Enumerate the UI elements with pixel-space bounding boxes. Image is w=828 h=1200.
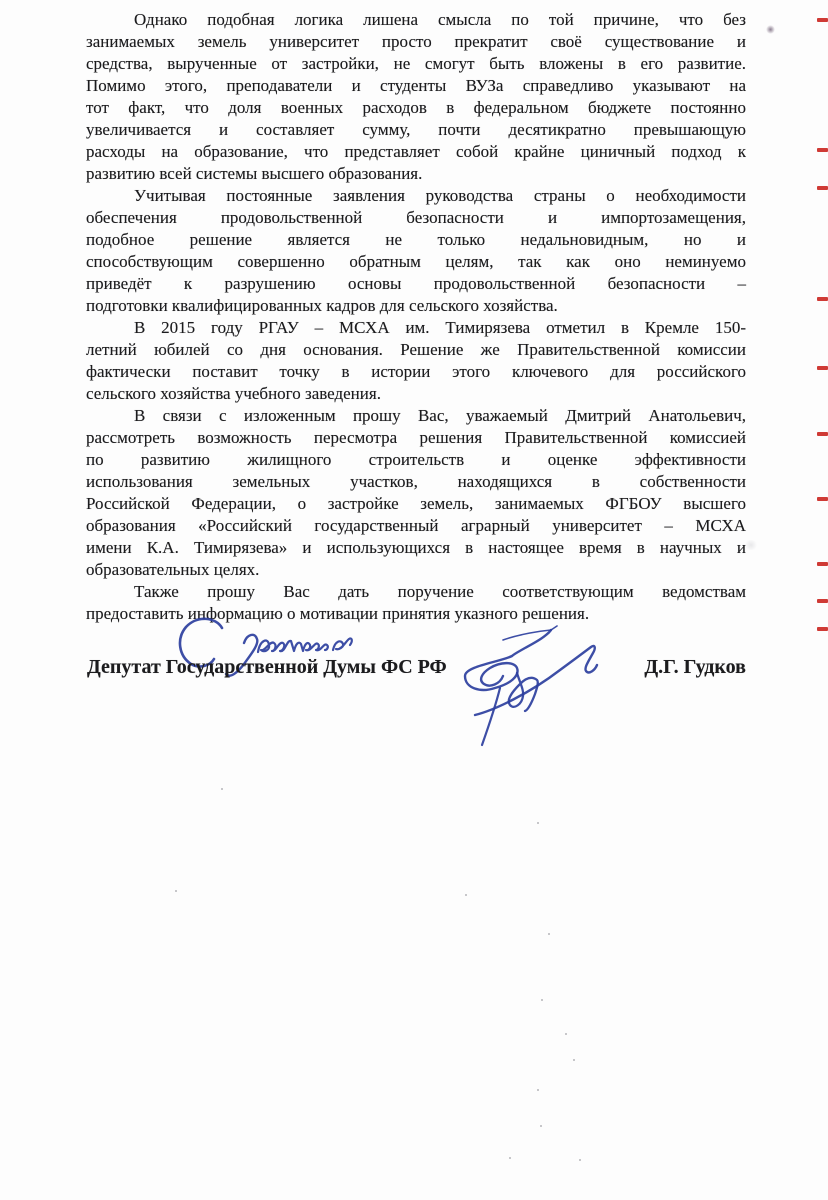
signoff-title: Депутат Государственной Думы ФС РФ [87, 655, 447, 679]
red-edge-mark [817, 497, 828, 501]
text-line: образования «Российский государственный … [86, 515, 746, 537]
text-line: предоставить информацию о мотивации прин… [86, 603, 746, 625]
text-line: фактически поставит точку в истории этог… [86, 361, 746, 383]
scan-speck [221, 788, 223, 790]
red-edge-mark [817, 366, 828, 370]
scan-speck [537, 1089, 539, 1091]
text-line: летний юбилей со дня основания. Решение … [86, 339, 746, 361]
red-edge-mark [817, 599, 828, 603]
text-line: использования земельных участков, находя… [86, 471, 746, 493]
text-line: способствующим совершенно обратным целям… [86, 251, 746, 273]
text-line: приведёт к разрушению основы продовольст… [86, 273, 746, 295]
red-edge-mark [817, 562, 828, 566]
page: Однако подобная логика лишена смысла по … [0, 0, 828, 1200]
text-line: В 2015 году РГАУ – МСХА им. Тимирязева о… [86, 317, 746, 339]
red-edge-mark [817, 148, 828, 152]
text-line: сельского хозяйства учебного заведения. [86, 383, 746, 405]
text-line: Также прошу Вас дать поручение соответст… [86, 581, 746, 603]
ink-smudge [766, 25, 775, 34]
text-line: В связи с изложенным прошу Вас, уважаемы… [86, 405, 746, 427]
scan-speck [540, 1125, 542, 1127]
scan-speck [537, 822, 539, 824]
text-line: имени К.А. Тимирязева» и использующихся … [86, 537, 746, 559]
signoff-name: Д.Г. Гудков [644, 655, 746, 679]
scan-speck [541, 999, 543, 1001]
scan-speck [465, 894, 467, 896]
text-line: подобное решение является не только неда… [86, 229, 746, 251]
red-edge-mark [817, 18, 828, 22]
text-line: образовательных целях. [86, 559, 746, 581]
faint-smudge [744, 540, 758, 550]
text-line: Однако подобная логика лишена смысла по … [86, 9, 746, 31]
signature [440, 618, 620, 758]
text-line: Учитывая постоянные заявления руководств… [86, 185, 746, 207]
text-line: по развитию жилищного строительств и оце… [86, 449, 746, 471]
text-line: расходы на образование, что представляет… [86, 141, 746, 163]
letter-body: Однако подобная логика лишена смысла по … [86, 9, 746, 625]
text-line: обеспечения продовольственной безопаснос… [86, 207, 746, 229]
text-line: занимаемых земель университет просто пре… [86, 31, 746, 53]
text-line: подготовки квалифицированных кадров для … [86, 295, 746, 317]
text-line: средства, вырученные от застройки, не см… [86, 53, 746, 75]
scan-speck [509, 1157, 511, 1159]
text-line: Помимо этого, преподаватели и студенты В… [86, 75, 746, 97]
scan-speck [548, 933, 550, 935]
red-edge-mark [817, 297, 828, 301]
scan-speck [579, 1159, 581, 1161]
scan-speck [175, 890, 177, 892]
signoff-row: Депутат Государственной Думы ФС РФ Д.Г. … [87, 655, 746, 679]
red-edge-mark [817, 432, 828, 436]
text-line: тот факт, что доля военных расходов в фе… [86, 97, 746, 119]
scan-speck [573, 1059, 575, 1061]
red-edge-mark [817, 186, 828, 190]
red-edge-mark [817, 627, 828, 631]
scan-speck [565, 1033, 567, 1035]
text-line: развитию всей системы высшего образовани… [86, 163, 746, 185]
text-line: увеличивается и составляет сумму, почти … [86, 119, 746, 141]
text-line: рассмотреть возможность пересмотра решен… [86, 427, 746, 449]
text-line: Российской Федерации, о застройке земель… [86, 493, 746, 515]
